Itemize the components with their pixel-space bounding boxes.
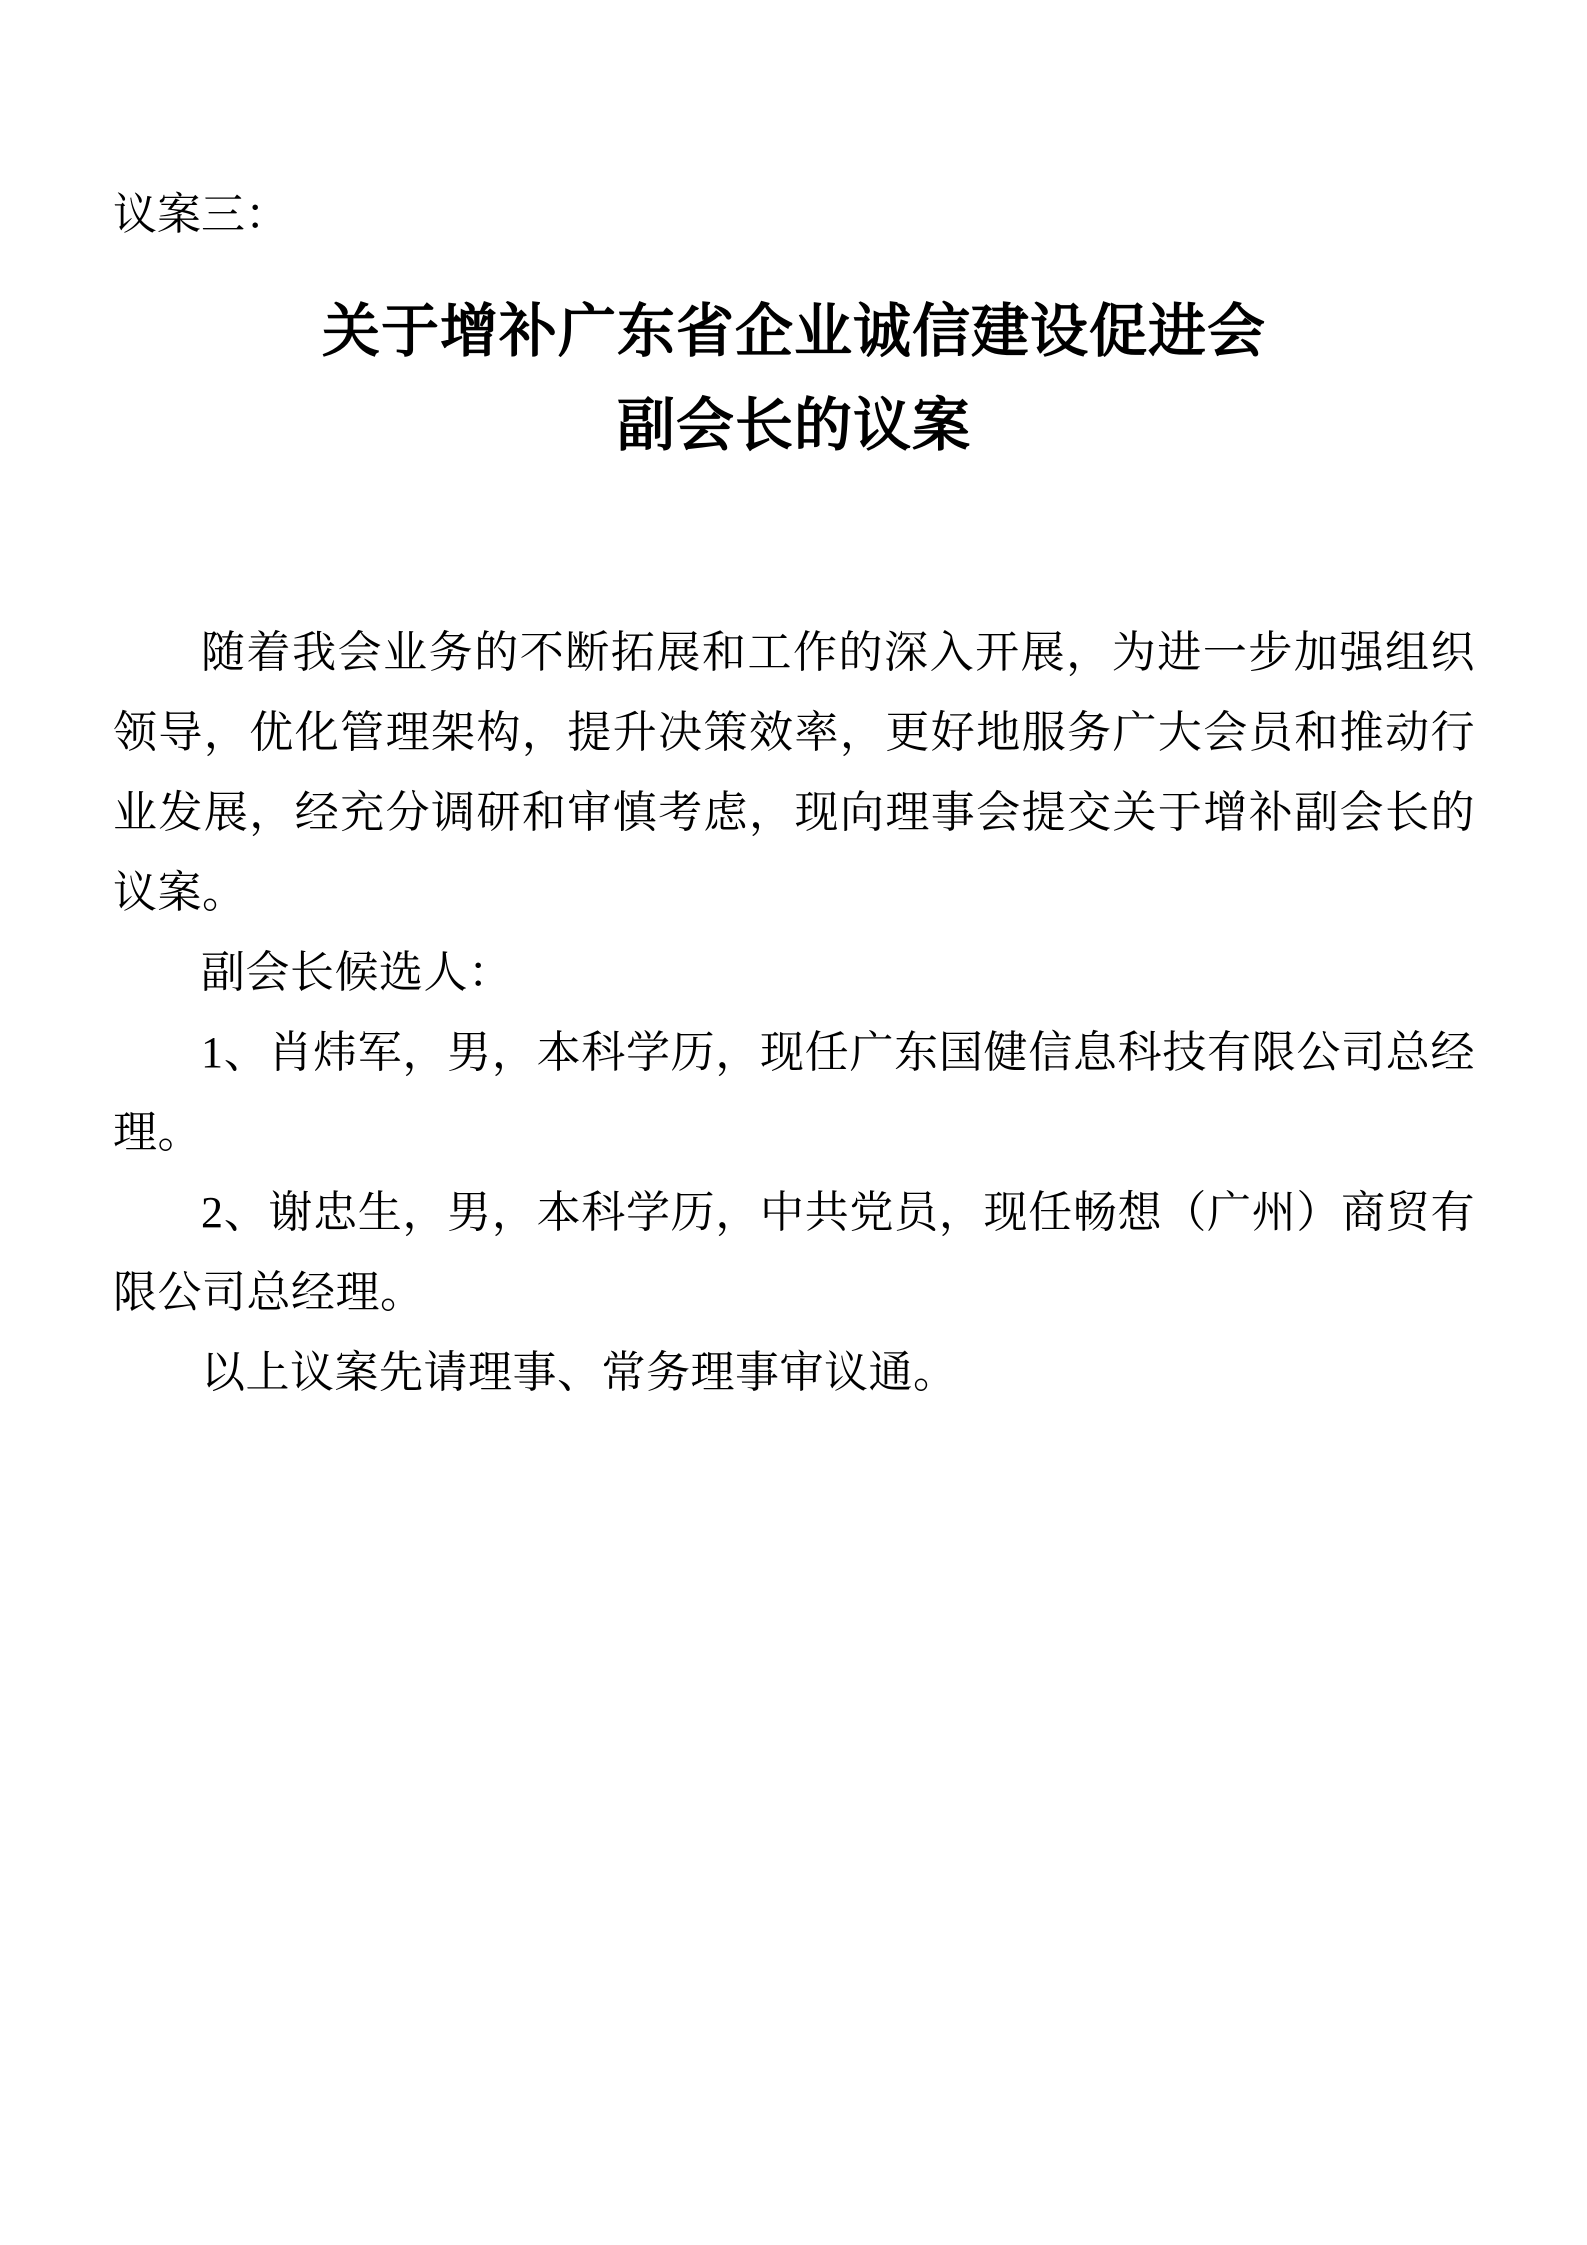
candidate-1-paragraph: 1、肖炜军，男，本科学历，现任广东国健信息科技有限公司总经理。 — [113, 1013, 1475, 1173]
intro-paragraph: 随着我会业务的不断拓展和工作的深入开展，为进一步加强组织领导，优化管理架构，提升… — [113, 613, 1475, 933]
document-title: 关于增补广东省企业诚信建设促进会 副会长的议案 — [113, 285, 1475, 473]
closing-paragraph: 以上议案先请理事、常务理事审议通。 — [113, 1333, 1475, 1413]
document-title-line-1: 关于增补广东省企业诚信建设促进会 — [322, 299, 1266, 364]
candidates-heading: 副会长候选人： — [113, 933, 1475, 1013]
proposal-number-label: 议案三： — [113, 185, 1475, 245]
candidate-2-paragraph: 2、谢忠生，男，本科学历，中共党员，现任畅想（广州）商贸有限公司总经理。 — [113, 1173, 1475, 1333]
document-title-line-2: 副会长的议案 — [617, 393, 971, 458]
document-body: 随着我会业务的不断拓展和工作的深入开展，为进一步加强组织领导，优化管理架构，提升… — [113, 613, 1475, 1413]
document-page: 议案三： 关于增补广东省企业诚信建设促进会 副会长的议案 随着我会业务的不断拓展… — [0, 0, 1587, 2245]
